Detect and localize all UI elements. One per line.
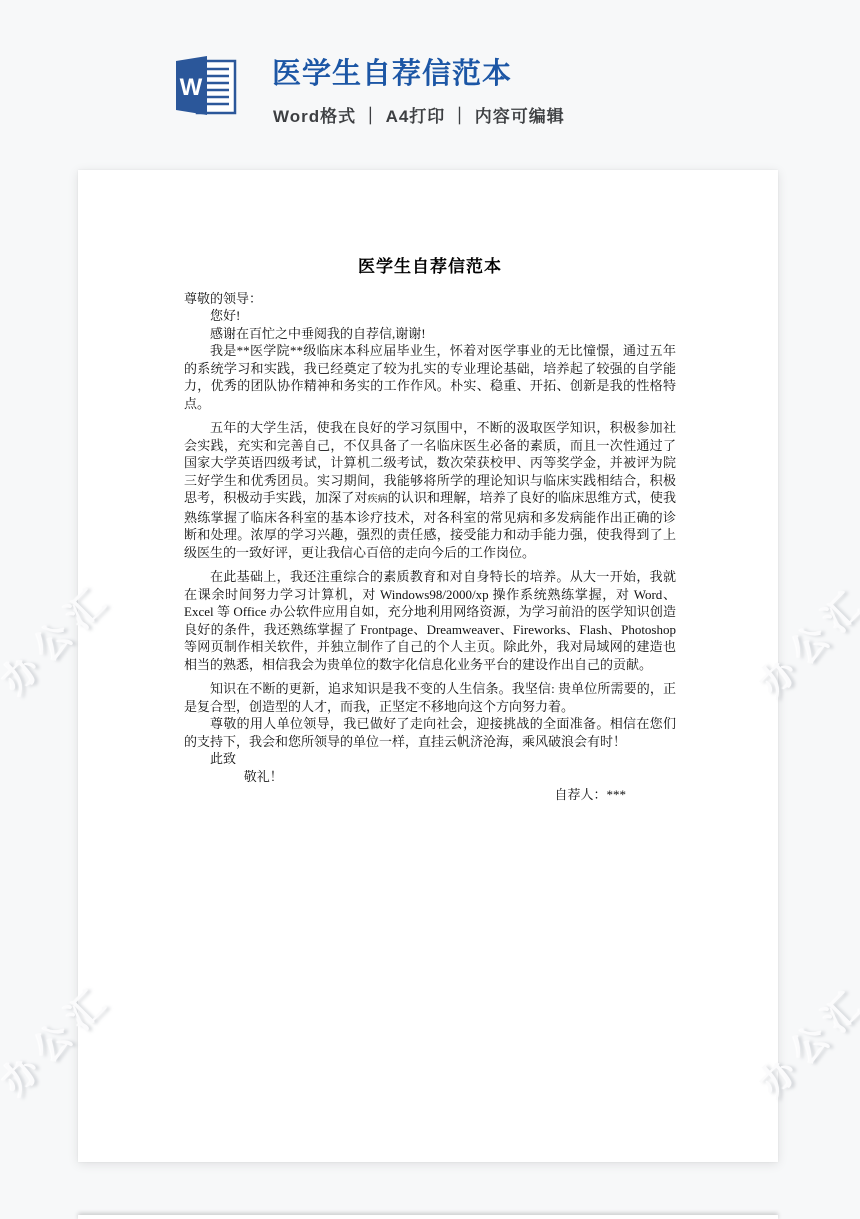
doc-paragraph: 知识在不断的更新，追求知识是我不变的人生信条。我坚信: 贵单位所需要的，正是复合…: [184, 680, 676, 715]
doc-text-run: 尊敬的领导：: [184, 291, 262, 306]
doc-paragraph: 您好!: [184, 307, 676, 325]
doc-text-run: 疾病: [368, 494, 388, 505]
doc-paragraph: 敬礼！: [184, 768, 676, 786]
page-title: 医学生自荐信范本: [272, 58, 512, 90]
doc-text-run: 您好!: [210, 308, 240, 323]
document-body: 医学生自荐信范本 尊敬的领导：您好!感谢在百忙之中垂阅我的自荐信,谢谢!我是**…: [184, 258, 676, 804]
doc-paragraph: 五年的大学生活，使我在良好的学习氛围中，不断的汲取医学知识，积极参加社会实践，充…: [184, 419, 676, 561]
doc-text-run: 尊敬的用人单位领导，我已做好了走向社会，迎接挑战的全面准备。相信在您们的支持下，…: [184, 716, 676, 749]
doc-text-run: 感谢在百忙之中垂阅我的自荐信,谢谢!: [210, 326, 426, 341]
doc-text-run: 此致: [210, 751, 236, 766]
format-meta-line: Word格式 ｜ A4打印 ｜ 内容可编辑: [273, 102, 565, 127]
doc-text-run: 在此基础上，我还注重综合的素质教育和对自身特长的培养。从大一开始，我就在课余时间…: [184, 569, 676, 672]
header: W 医学生自荐信范本 Word格式 ｜ A4打印 ｜ 内容可编辑: [0, 0, 860, 150]
doc-text-run: 自荐人：***: [554, 787, 626, 802]
doc-paragraph: 在此基础上，我还注重综合的素质教育和对自身特长的培养。从大一开始，我就在课余时间…: [184, 568, 676, 673]
doc-paragraph: 尊敬的领导：: [184, 290, 676, 308]
next-page-edge: [78, 1215, 778, 1219]
document-title: 医学生自荐信范本: [184, 258, 676, 276]
document-paragraphs: 尊敬的领导：您好!感谢在百忙之中垂阅我的自荐信,谢谢!我是**医学院**级临床本…: [184, 290, 676, 804]
doc-paragraph: 自荐人：***: [184, 786, 676, 804]
doc-text-run: 我是**医学院**级临床本科应届毕业生，怀着对医学事业的无比憧憬，通过五年的系统…: [184, 343, 676, 411]
document-page: 医学生自荐信范本 尊敬的领导：您好!感谢在百忙之中垂阅我的自荐信,谢谢!我是**…: [78, 170, 778, 1162]
doc-text-run: 敬礼！: [244, 769, 283, 784]
word-file-icon: W: [165, 52, 239, 122]
svg-text:W: W: [180, 74, 203, 101]
page-background: { "header": { "title": "医学生自荐信范本", "meta…: [0, 0, 860, 1219]
doc-paragraph: 感谢在百忙之中垂阅我的自荐信,谢谢!: [184, 325, 676, 343]
doc-paragraph: 此致: [184, 750, 676, 768]
doc-text-run: 知识在不断的更新，追求知识是我不变的人生信条。我坚信: 贵单位所需要的，正是复合…: [184, 681, 676, 714]
doc-paragraph: 我是**医学院**级临床本科应届毕业生，怀着对医学事业的无比憧憬，通过五年的系统…: [184, 342, 676, 412]
doc-paragraph: 尊敬的用人单位领导，我已做好了走向社会，迎接挑战的全面准备。相信在您们的支持下，…: [184, 715, 676, 750]
